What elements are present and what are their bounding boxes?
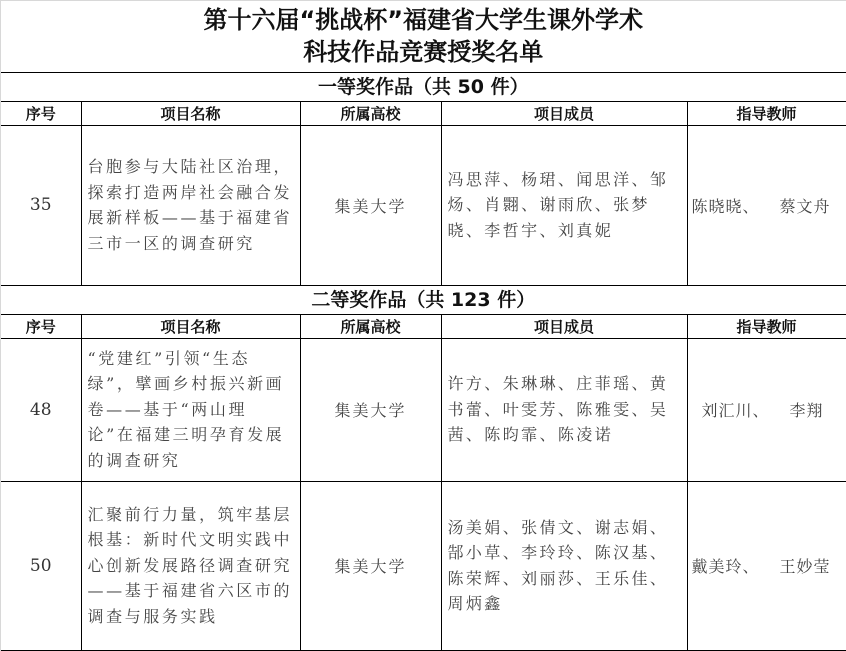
header-members: 项目成员 — [441, 101, 687, 125]
row-school: 集美大学 — [300, 481, 441, 650]
row-project-name: 台胞参与大陆社区治理，探索打造两岸社会融合发展新样板——基于福建省三市一区的调查… — [81, 125, 300, 285]
section-heading-first-prize: 一等奖作品（共 50 件） — [1, 72, 846, 101]
header-project-name: 项目名称 — [81, 101, 300, 125]
header-members: 项目成员 — [441, 314, 687, 338]
award-list-table: 第十六届“挑战杯”福建省大学生课外学术 科技作品竞赛授奖名单 一等奖作品（共 5… — [1, 1, 846, 651]
row-advisors: 戴美玲、王妙莹 — [687, 481, 846, 650]
header-advisors: 指导教师 — [687, 101, 846, 125]
title-line-1: 第十六届“挑战杯”福建省大学生课外学术 — [1, 4, 846, 36]
row-project-name: 汇聚前行力量，筑牢基层根基：新时代文明实践中心创新发展路径调查研究——基于福建省… — [81, 481, 300, 650]
header-advisors: 指导教师 — [687, 314, 846, 338]
row-advisors: 刘汇川、李翔 — [687, 338, 846, 481]
row-school: 集美大学 — [300, 125, 441, 285]
advisor-1: 戴美玲、 — [692, 557, 760, 576]
row-members: 汤美娟、张倩文、谢志娟、郜小草、李玲玲、陈汉基、陈荣辉、刘丽莎、王乐佳、周炳鑫 — [441, 481, 687, 650]
header-school: 所属高校 — [300, 101, 441, 125]
row-index: 35 — [1, 125, 81, 285]
table-row: 50 汇聚前行力量，筑牢基层根基：新时代文明实践中心创新发展路径调查研究——基于… — [1, 481, 846, 650]
row-advisors: 陈晓晓、蔡文舟 — [687, 125, 846, 285]
row-school: 集美大学 — [300, 338, 441, 481]
row-index: 50 — [1, 481, 81, 650]
row-members: 许方、朱琳琳、庄菲瑶、黄书蕾、叶雯芳、陈雅雯、吴茜、陈昀霏、陈凌诺 — [441, 338, 687, 481]
advisor-2: 蔡文舟 — [780, 197, 831, 216]
advisor-2: 王妙莹 — [780, 557, 831, 576]
column-header-row: 序号 项目名称 所属高校 项目成员 指导教师 — [1, 314, 846, 338]
advisor-1: 刘汇川、 — [702, 401, 770, 420]
title-line-2: 科技作品竞赛授奖名单 — [1, 36, 846, 68]
header-index: 序号 — [1, 101, 81, 125]
table-row: 48 “党建红”引领“生态绿”，擘画乡村振兴新画卷——基于“两山理论”在福建三明… — [1, 338, 846, 481]
row-project-name: “党建红”引领“生态绿”，擘画乡村振兴新画卷——基于“两山理论”在福建三明孕育发… — [81, 338, 300, 481]
advisor-1: 陈晓晓、 — [692, 197, 760, 216]
table-row: 35 台胞参与大陆社区治理，探索打造两岸社会融合发展新样板——基于福建省三市一区… — [1, 125, 846, 285]
column-header-row: 序号 项目名称 所属高校 项目成员 指导教师 — [1, 101, 846, 125]
section-heading-second-prize: 二等奖作品（共 123 件） — [1, 285, 846, 314]
advisor-2: 李翔 — [790, 401, 824, 420]
header-project-name: 项目名称 — [81, 314, 300, 338]
row-index: 48 — [1, 338, 81, 481]
spreadsheet-page: 第十六届“挑战杯”福建省大学生课外学术 科技作品竞赛授奖名单 一等奖作品（共 5… — [0, 0, 846, 651]
document-title: 第十六届“挑战杯”福建省大学生课外学术 科技作品竞赛授奖名单 — [1, 1, 846, 72]
header-index: 序号 — [1, 314, 81, 338]
header-school: 所属高校 — [300, 314, 441, 338]
row-members: 冯思萍、杨珺、闻思洋、邹炀、肖翾、谢雨欣、张梦晓、李哲宇、刘真妮 — [441, 125, 687, 285]
